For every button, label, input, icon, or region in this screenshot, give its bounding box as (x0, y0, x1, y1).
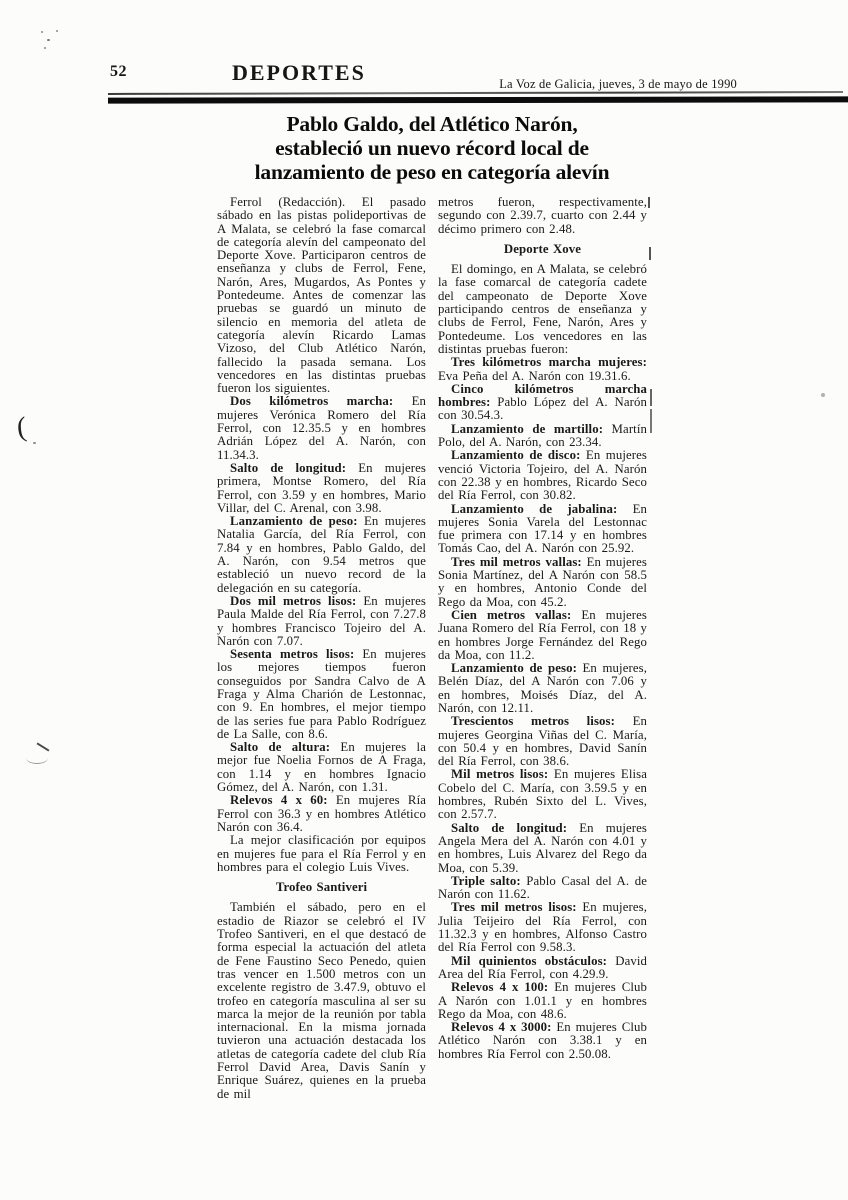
result-lead: Tres mil metros vallas: (451, 555, 582, 569)
article-paragraph: Lanzamiento de peso: En mujeres, Belén D… (438, 662, 647, 715)
article-paragraph: Lanzamiento de jabalina: En mujeres Soni… (438, 503, 647, 556)
article-paragraph: Relevos 4 x 60: En mujeres Ría Ferrol co… (217, 794, 426, 834)
scan-edge-tick (649, 247, 651, 260)
article-paragraph: También el sábado, pero en el estadio de… (217, 901, 426, 1100)
headline-line: estableció un nuevo récord local de (217, 136, 647, 160)
scan-paren-mark: ( (15, 412, 28, 445)
article-paragraph: La mejor clasificación por equipos en mu… (217, 834, 426, 874)
result-lead: Tres kilómetros marcha mujeres: (451, 355, 647, 369)
result-lead: Lanzamiento de peso: (230, 514, 358, 528)
scan-edge-tick (648, 197, 650, 208)
result-lead: Lanzamiento de jabalina: (451, 502, 617, 516)
scan-speck (821, 393, 825, 397)
result-lead: Relevos 4 x 100: (451, 980, 548, 994)
article-paragraph: Mil quinientos obstáculos: David Area de… (438, 955, 647, 982)
result-lead: Cinco kilómetros marcha hombres: (438, 382, 647, 409)
article-paragraph: metros fueron, respectivamente, segundo … (438, 196, 647, 236)
header-rule-thick (108, 96, 848, 103)
article-paragraph: Dos kilómetros marcha: En mujeres Veróni… (217, 395, 426, 461)
article-paragraph: Trescientos metros lisos: En mujeres Geo… (438, 715, 647, 768)
section-subhead: Deporte Xove (438, 243, 647, 256)
article-paragraph: Relevos 4 x 3000: En mujeres Club Atléti… (438, 1021, 647, 1061)
article-paragraph: Sesenta metros lisos: En mujeres los mej… (217, 648, 426, 741)
masthead-date: La Voz de Galicia, jueves, 3 de mayo de … (0, 77, 737, 92)
scan-slash-mark (37, 742, 50, 751)
result-lead: Lanzamiento de peso: (451, 661, 577, 675)
result-lead: Cien metros vallas: (451, 608, 571, 622)
article-paragraph: Lanzamiento de peso: En mujeres Natalia … (217, 515, 426, 595)
article-columns: Ferrol (Redacción). El pasado sábado en … (217, 196, 647, 1101)
article-paragraph: Ferrol (Redacción). El pasado sábado en … (217, 196, 426, 395)
article-paragraph: Lanzamiento de martillo: Martín Polo, de… (438, 423, 647, 450)
result-lead: Salto de longitud: (451, 821, 567, 835)
result-lead: Salto de altura: (230, 740, 330, 754)
result-lead: Dos mil metros lisos: (230, 594, 356, 608)
result-lead: Mil quinientos obstáculos: (451, 954, 607, 968)
result-lead: Dos kilómetros marcha: (230, 394, 393, 408)
article-paragraph: Mil metros lisos: En mujeres Elisa Cobel… (438, 768, 647, 821)
article-paragraph: Tres mil metros lisos: En mujeres, Julia… (438, 901, 647, 954)
headline-line: Pablo Galdo, del Atlético Narón, (217, 112, 647, 136)
scan-edge-tick (650, 389, 652, 406)
article-paragraph: Triple salto: Pablo Casal del A. de Naró… (438, 875, 647, 902)
result-lead: Relevos 4 x 60: (230, 793, 328, 807)
headline-line: lanzamiento de peso en categoría alevín (217, 160, 647, 184)
article-paragraph: Lanzamiento de disco: En mujeres venció … (438, 449, 647, 502)
scan-arc-mark (26, 752, 48, 764)
result-lead: Trescientos metros lisos: (451, 714, 615, 728)
article-paragraph: Cien metros vallas: En mujeres Juana Rom… (438, 609, 647, 662)
result-lead: Lanzamiento de disco: (451, 448, 580, 462)
article-paragraph: Tres kilómetros marcha mujeres: Eva Peña… (438, 356, 647, 383)
article-column-2: metros fueron, respectivamente, segundo … (438, 196, 647, 1101)
article-paragraph: El domingo, en A Malata, se celebró la f… (438, 263, 647, 356)
result-lead: Sesenta metros lisos: (230, 647, 354, 661)
article-paragraph: Cinco kilómetros marcha hombres: Pablo L… (438, 383, 647, 423)
scan-edge-tick (650, 409, 652, 433)
article-paragraph: Salto de longitud: En mujeres primera, M… (217, 462, 426, 515)
article-paragraph: Salto de longitud: En mujeres Angela Mer… (438, 822, 647, 875)
result-lead: Triple salto: (451, 874, 521, 888)
article-paragraph: Dos mil metros lisos: En mujeres Paula M… (217, 595, 426, 648)
article: Pablo Galdo, del Atlético Narón,establec… (217, 112, 647, 1101)
newspaper-page: ( 52 DEPORTES La Voz de Galicia, jueves,… (0, 0, 848, 1200)
article-paragraph: Relevos 4 x 100: En mujeres Club A Narón… (438, 981, 647, 1021)
result-lead: Mil metros lisos: (451, 767, 548, 781)
article-paragraph: Tres mil metros vallas: En mujeres Sonia… (438, 556, 647, 609)
result-lead: Tres mil metros lisos: (451, 900, 577, 914)
section-subhead: Trofeo Santiveri (217, 881, 426, 894)
article-paragraph: Salto de altura: En mujeres la mejor fue… (217, 741, 426, 794)
result-lead: Lanzamiento de martillo: (451, 422, 603, 436)
article-headline: Pablo Galdo, del Atlético Narón,establec… (217, 112, 647, 184)
result-lead: Salto de longitud: (230, 461, 346, 475)
article-column-1: Ferrol (Redacción). El pasado sábado en … (217, 196, 426, 1101)
result-lead: Relevos 4 x 3000: (451, 1020, 552, 1034)
